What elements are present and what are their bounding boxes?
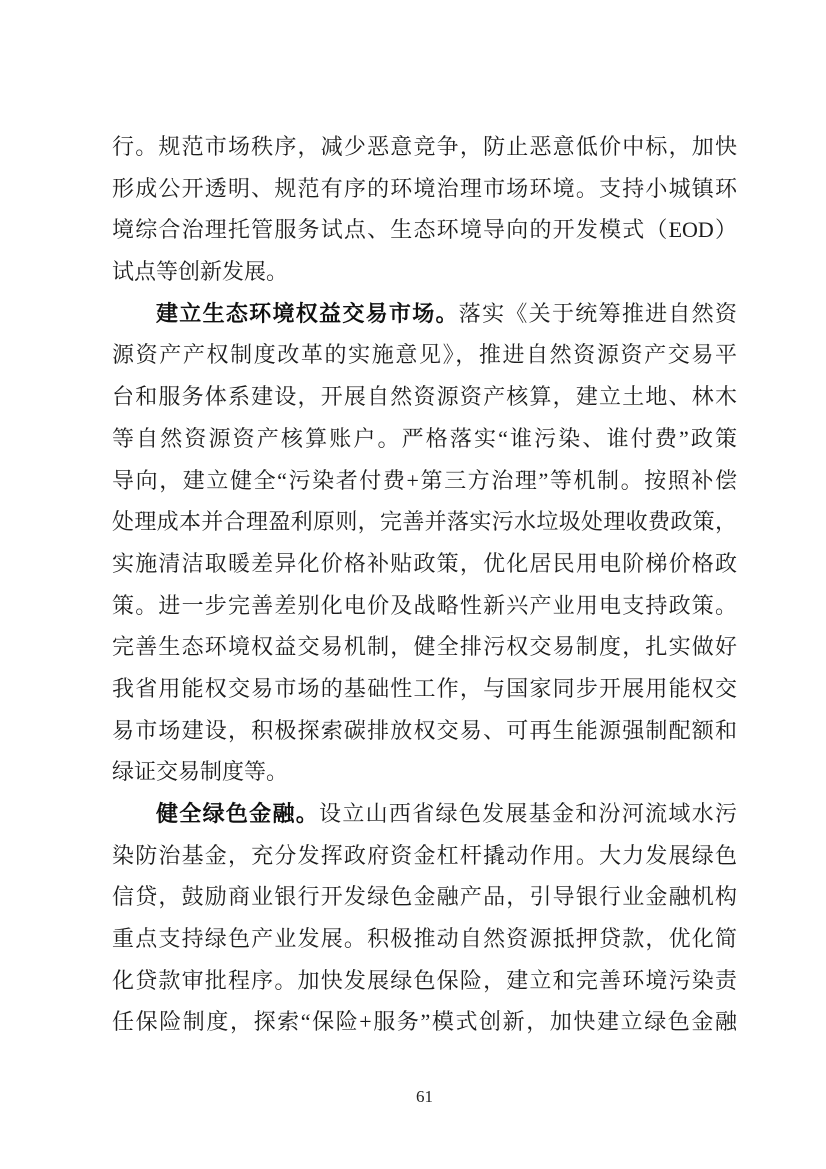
- body-line: 信贷，鼓励商业银行开发绿色金融产品，引导银行业金融机构: [112, 876, 737, 918]
- line-text: 设立山西省绿色发展基金和汾河流域水污: [319, 801, 737, 826]
- body-line-section-start: 建立生态环境权益交易市场。落实《关于统筹推进自然资: [112, 293, 737, 335]
- body-line: 重点支持绿色产业发展。积极推动自然资源抵押贷款，优化简: [112, 918, 737, 960]
- body-line: 易市场建设，积极探索碳排放权交易、可再生能源强制配额和: [112, 710, 737, 752]
- body-line: 形成公开透明、规范有序的环境治理市场环境。支持小城镇环: [112, 168, 737, 210]
- body-line: 任保险制度，探索“保险+服务”模式创新，加快建立绿色金融: [112, 1001, 737, 1043]
- body-line-paragraph-end: 绿证交易制度等。: [112, 751, 737, 793]
- line-text: 落实《关于统筹推进自然资: [459, 301, 737, 326]
- body-line: 染防治基金，充分发挥政府资金杠杆撬动作用。大力发展绿色: [112, 835, 737, 877]
- document-page: 行。规范市场秩序，减少恶意竞争，防止恶意低价中标，加快 形成公开透明、规范有序的…: [0, 0, 826, 1169]
- body-line: 实施清洁取暖差异化价格补贴政策，优化居民用电阶梯价格政: [112, 543, 737, 585]
- body-line: 完善生态环境权益交易机制，健全排污权交易制度，扎实做好: [112, 626, 737, 668]
- section-heading-green-finance: 健全绿色金融。: [156, 801, 319, 826]
- body-line: 处理成本并合理盈利原则，完善并落实污水垃圾处理收费政策，: [112, 501, 737, 543]
- body-line: 源资产产权制度改革的实施意见》，推进自然资源资产交易平: [112, 334, 737, 376]
- section-heading-ecological-rights-market: 建立生态环境权益交易市场。: [156, 301, 459, 326]
- body-line: 行。规范市场秩序，减少恶意竞争，防止恶意低价中标，加快: [112, 126, 737, 168]
- body-line: 导向，建立健全“污染者付费+第三方治理”等机制。按照补偿: [112, 460, 737, 502]
- page-number: 61: [112, 1087, 737, 1107]
- body-line: 境综合治理托管服务试点、生态环境导向的开发模式（EOD）: [112, 209, 737, 251]
- document-body: 行。规范市场秩序，减少恶意竞争，防止恶意低价中标，加快 形成公开透明、规范有序的…: [112, 126, 737, 1043]
- body-line: 策。进一步完善差别化电价及战略性新兴产业用电支持政策。: [112, 585, 737, 627]
- body-line: 台和服务体系建设，开展自然资源资产核算，建立土地、林木: [112, 376, 737, 418]
- body-line: 化贷款审批程序。加快发展绿色保险，建立和完善环境污染责: [112, 960, 737, 1002]
- body-line-paragraph-end: 试点等创新发展。: [112, 251, 737, 293]
- body-line: 等自然资源资产核算账户。严格落实“谁污染、谁付费”政策: [112, 418, 737, 460]
- body-line-section-start: 健全绿色金融。设立山西省绿色发展基金和汾河流域水污: [112, 793, 737, 835]
- body-line: 我省用能权交易市场的基础性工作，与国家同步开展用能权交: [112, 668, 737, 710]
